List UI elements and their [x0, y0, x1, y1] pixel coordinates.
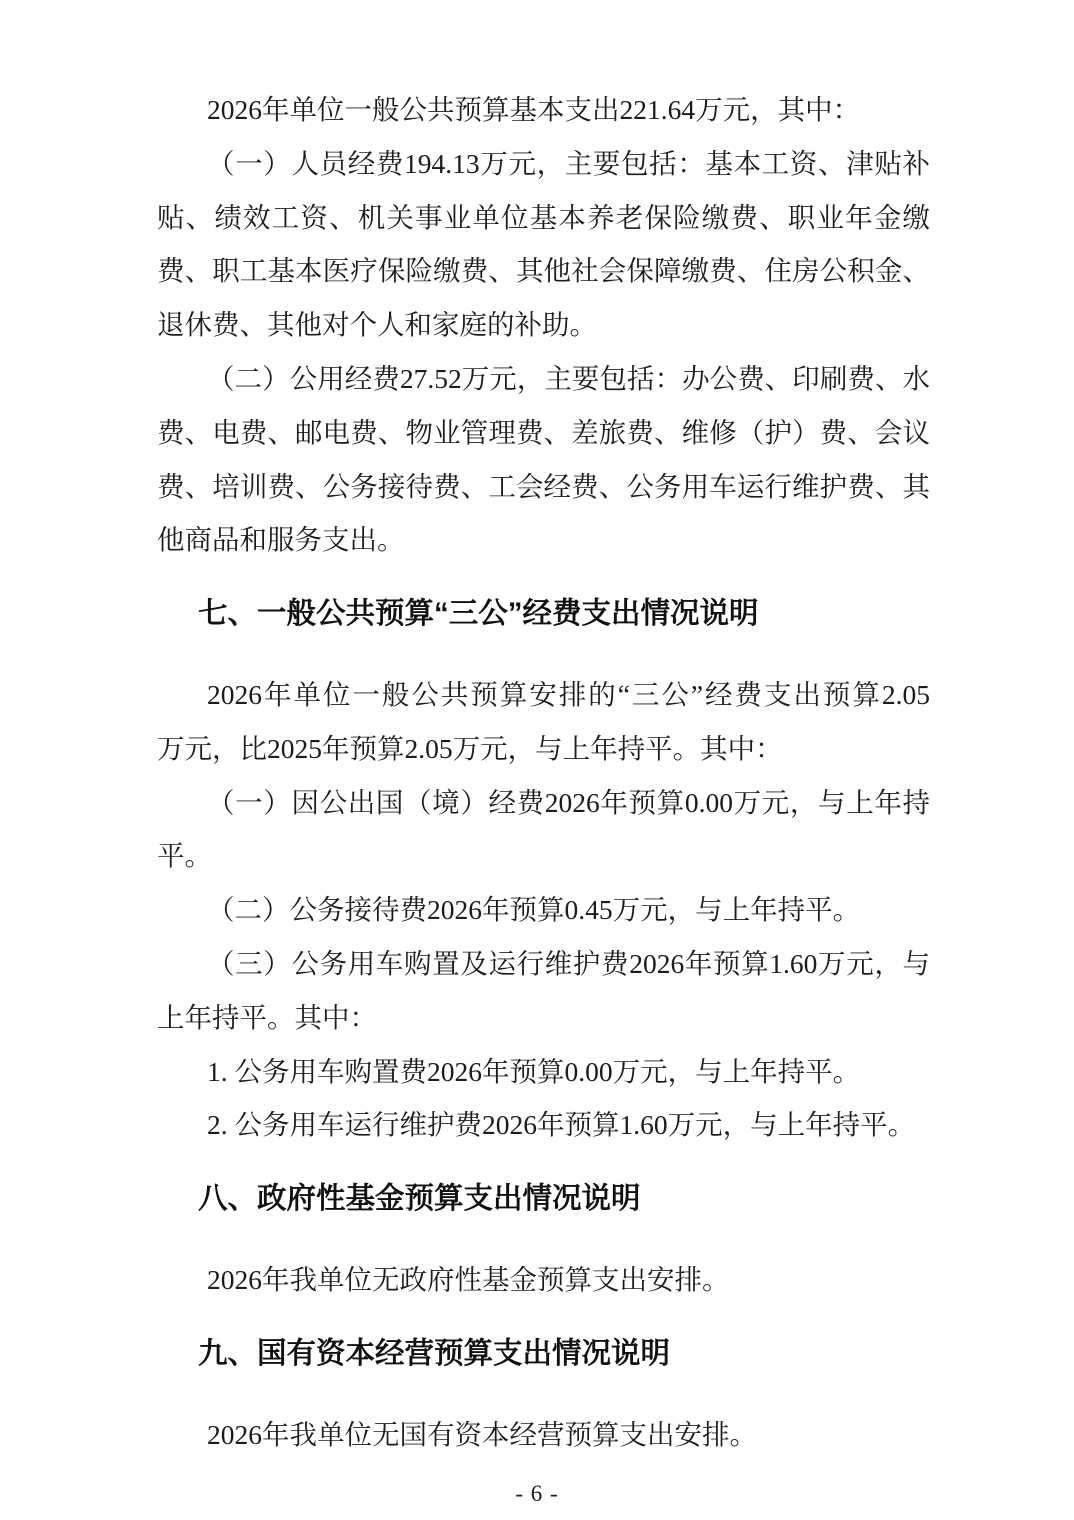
paragraph: 2026年我单位无国有资本经营预算支出安排。	[157, 1408, 930, 1462]
text-line: （二）公务接待费2026年预算0.45万元，与上年持平。	[157, 883, 930, 937]
paragraph: （二）公务接待费2026年预算0.45万元，与上年持平。	[157, 883, 930, 937]
text-line: （二）公用经费27.52万元，主要包括：办公费、印刷费、水	[157, 352, 930, 406]
text-line: 上年持平。其中：	[157, 991, 930, 1045]
section-heading: 八、政府性基金预算支出情况说明	[157, 1172, 930, 1226]
text-line: 费、职工基本医疗保险缴费、其他社会保障缴费、住房公积金、	[157, 244, 930, 298]
document-content: 2026年单位一般公共预算基本支出221.64万元，其中：（一）人员经费194.…	[157, 83, 930, 1461]
text-line: 2026年我单位无国有资本经营预算支出安排。	[157, 1408, 930, 1462]
text-line: 万元，比2025年预算2.05万元，与上年持平。其中：	[157, 722, 930, 776]
paragraph: 2026年单位一般公共预算基本支出221.64万元，其中：	[157, 83, 930, 137]
text-line: 平。	[157, 829, 930, 883]
paragraph: （二）公用经费27.52万元，主要包括：办公费、印刷费、水费、电费、邮电费、物业…	[157, 352, 930, 567]
paragraph: 2. 公务用车运行维护费2026年预算1.60万元，与上年持平。	[157, 1098, 930, 1152]
text-line: （一）因公出国（境）经费2026年预算0.00万元，与上年持	[157, 776, 930, 830]
paragraph: 1. 公务用车购置费2026年预算0.00万元，与上年持平。	[157, 1045, 930, 1099]
text-line: 费、培训费、公务接待费、工会经费、公务用车运行维护费、其	[157, 460, 930, 514]
text-line: 退休费、其他对个人和家庭的补助。	[157, 298, 930, 352]
section-heading: 七、一般公共预算“三公”经费支出情况说明	[157, 587, 930, 641]
text-line: 费、电费、邮电费、物业管理费、差旅费、维修（护）费、会议	[157, 406, 930, 460]
paragraph: （三）公务用车购置及运行维护费2026年预算1.60万元，与上年持平。其中：	[157, 937, 930, 1045]
text-line: 2026年单位一般公共预算安排的“三公”经费支出预算2.05	[157, 668, 930, 722]
paragraph: （一）因公出国（境）经费2026年预算0.00万元，与上年持平。	[157, 776, 930, 884]
paragraph: 2026年单位一般公共预算安排的“三公”经费支出预算2.05万元，比2025年预…	[157, 668, 930, 776]
page-number: - 6 -	[0, 1481, 1074, 1507]
paragraph: 2026年我单位无政府性基金预算支出安排。	[157, 1253, 930, 1307]
text-line: 1. 公务用车购置费2026年预算0.00万元，与上年持平。	[157, 1045, 930, 1099]
text-line: 2026年单位一般公共预算基本支出221.64万元，其中：	[157, 83, 930, 137]
document-page: 2026年单位一般公共预算基本支出221.64万元，其中：（一）人员经费194.…	[0, 0, 1074, 1520]
text-line: 2026年我单位无政府性基金预算支出安排。	[157, 1253, 930, 1307]
text-line: 2. 公务用车运行维护费2026年预算1.60万元，与上年持平。	[157, 1098, 930, 1152]
text-line: 他商品和服务支出。	[157, 513, 930, 567]
text-line: （一）人员经费194.13万元，主要包括：基本工资、津贴补	[157, 137, 930, 191]
text-line: （三）公务用车购置及运行维护费2026年预算1.60万元，与	[157, 937, 930, 991]
text-line: 贴、绩效工资、机关事业单位基本养老保险缴费、职业年金缴	[157, 191, 930, 245]
section-heading: 九、国有资本经营预算支出情况说明	[157, 1327, 930, 1381]
paragraph: （一）人员经费194.13万元，主要包括：基本工资、津贴补贴、绩效工资、机关事业…	[157, 137, 930, 352]
